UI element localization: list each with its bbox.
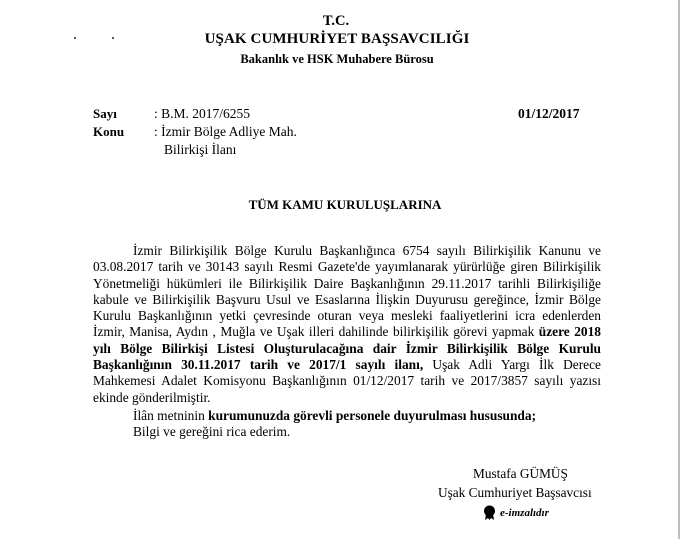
sayi-value: : B.M. 2017/6255 xyxy=(154,106,250,122)
konu-value-line1: : İzmir Bölge Adliye Mah. xyxy=(154,124,297,140)
letter-body: İzmir Bilirkişilik Bölge Kurulu Başkanlı… xyxy=(93,243,601,441)
document-date: 01/12/2017 xyxy=(518,106,580,122)
e-signature-label: e-imzalıdır xyxy=(500,507,549,519)
sayi-label: Sayı xyxy=(93,106,117,122)
signatory-title: Uşak Cumhuriyet Başsavcısı xyxy=(438,485,592,501)
paragraph-closing: Bilgi ve gereğini rica ederim. xyxy=(93,424,601,440)
paragraph-main: İzmir Bilirkişilik Bölge Kurulu Başkanlı… xyxy=(93,243,601,406)
paragraph-request: İlân metninin kurumunuzda görevli person… xyxy=(93,408,601,424)
konu-label: Konu xyxy=(93,124,124,140)
seal-icon xyxy=(483,505,496,521)
paragraph-main-text: İzmir Bilirkişilik Bölge Kurulu Başkanlı… xyxy=(93,243,601,339)
header-tc: T.C. xyxy=(0,13,676,30)
e-signature-mark: e-imzalıdır xyxy=(483,505,549,521)
header-organization: UŞAK CUMHURİYET BAŞSAVCILIĞI xyxy=(0,31,677,48)
konu-value-line2: Bilirkişi İlanı xyxy=(164,142,236,158)
paragraph-request-text: İlân metninin xyxy=(133,408,208,423)
signatory-name: Mustafa GÜMÜŞ xyxy=(473,466,568,482)
header-bureau: Bakanlık ve HSK Muhabere Bürosu xyxy=(0,52,677,67)
addressee-title: TÜM KAMU KURULUŞLARINA xyxy=(0,197,680,213)
paragraph-request-bold: kurumunuzda görevli personele duyurulmas… xyxy=(208,408,536,423)
